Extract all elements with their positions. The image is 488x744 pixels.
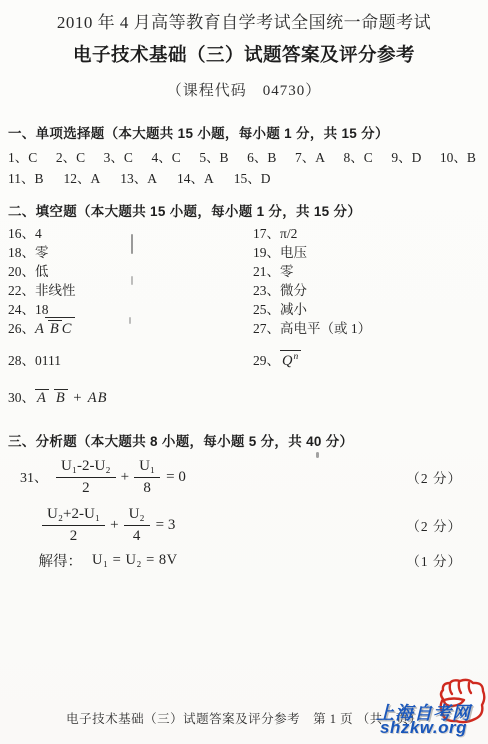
- fill-blank-answer: 23、微分: [253, 279, 307, 299]
- watermark-site-url: shzkw.org: [380, 718, 467, 738]
- fill-blank-answer: 27、高电平（或 1）: [253, 317, 371, 338]
- answer-number: 26、: [8, 321, 35, 336]
- fill-blank-answer: 19、电压: [253, 241, 307, 261]
- score-badge: （2 分）: [406, 467, 462, 487]
- fill-blank-row: 26、ABC 27、高电平（或 1）: [8, 317, 480, 338]
- numerator: U₂+2-U₁: [42, 505, 105, 526]
- fill-blank-answer: 17、π/2: [253, 222, 297, 242]
- denominator: 2: [42, 526, 105, 546]
- choice-answer: 9、D: [391, 146, 421, 166]
- choice-answer: 14、A: [177, 167, 214, 187]
- var-q: Q: [282, 353, 293, 369]
- denominator: 2: [56, 478, 116, 498]
- solve-prefix: 解得：: [39, 550, 83, 571]
- fraction: U₂+2-U₁ 2: [42, 505, 105, 546]
- choice-answer: 3、C: [104, 146, 133, 166]
- exam-title-line: 2010 年 4 月高等教育自学考试全国统一命题考试: [0, 8, 488, 33]
- section1-title: 一、单项选择题（本大题共 15 小题，每小题 1 分，共 15 分）: [8, 122, 389, 142]
- question-number-spacer: [20, 517, 34, 533]
- fraction: U₁-2-U₂ 2: [56, 457, 116, 498]
- section2-title: 二、填空题（本大题共 15 小题，每小题 1 分，共 15 分）: [8, 200, 361, 220]
- page-title: 电子技术基础（三）试题答案及评分参考: [0, 41, 488, 67]
- numerator: U₁-2-U₂: [56, 457, 116, 478]
- denominator: 4: [124, 526, 150, 546]
- fill-blank-answer: 24、18: [8, 298, 253, 318]
- numerator: U₁: [134, 457, 160, 478]
- choice-answer: 2、C: [56, 146, 85, 166]
- question-number-spacer: [20, 552, 31, 568]
- var-a: A: [35, 321, 45, 337]
- course-code: （课程代码 04730）: [0, 79, 488, 100]
- answer-number: 30、: [8, 390, 35, 405]
- fill-blank-answer: 28、0111: [8, 349, 253, 370]
- fill-blank-answer-formula-30: 30、AB + AB: [8, 386, 107, 407]
- answer-number: 29、: [253, 353, 280, 368]
- choice-answer: 15、D: [234, 167, 271, 187]
- scan-artifact: [131, 234, 133, 254]
- equation-line-1: 31、 U₁-2-U₂ 2 + U₁ 8 = 0 （2 分）: [20, 453, 462, 501]
- score-badge: （2 分）: [406, 515, 462, 535]
- choice-answers-row2: 11、B 12、A 13、A 14、A 15、D: [8, 167, 271, 187]
- plus-operator: +: [121, 469, 129, 486]
- choice-answer: 4、C: [151, 146, 180, 166]
- fill-blank-row: 30、AB + AB: [8, 386, 480, 407]
- equation-rhs: = 3: [156, 517, 176, 534]
- plus-operator: +: [110, 517, 118, 534]
- choice-answer: 12、A: [64, 167, 101, 187]
- fill-blank-answer: 21、零: [253, 260, 294, 280]
- choice-answer: 11、B: [8, 167, 44, 187]
- choice-answer: 1、C: [8, 146, 37, 166]
- choice-answer: 5、B: [199, 146, 228, 166]
- var-a-overline: A: [35, 389, 49, 407]
- denominator: 8: [134, 478, 160, 498]
- fill-blank-row: 22、非线性 23、微分: [8, 279, 480, 299]
- fill-blank-answer: 25、减小: [253, 298, 307, 318]
- choice-answers-row1: 1、C 2、C 3、C 4、C 5、B 6、B 7、A 8、C 9、D 10、B: [8, 146, 476, 166]
- fraction: U₂ 4: [124, 505, 150, 546]
- exam-answer-sheet-page: 2010 年 4 月高等教育自学考试全国统一命题考试 电子技术基础（三）试题答案…: [0, 0, 488, 744]
- choice-answer: 8、C: [344, 146, 373, 166]
- solve-result: U₁ = U₂ = 8V: [92, 552, 178, 569]
- choice-answer: 10、B: [440, 146, 476, 166]
- scan-artifact: [129, 317, 131, 324]
- var-b-overline: B: [54, 389, 68, 407]
- superscript-n: n: [293, 352, 299, 362]
- var-c: C: [62, 321, 73, 337]
- numerator: U₂: [124, 505, 150, 526]
- choice-answer: 6、B: [247, 146, 276, 166]
- fill-blank-row: 16、4 17、π/2: [8, 222, 480, 242]
- score-badge: （1 分）: [406, 550, 462, 570]
- scan-artifact: [131, 276, 133, 285]
- fill-blank-answer-formula-29: 29、Qn: [253, 349, 301, 370]
- fill-blank-row: 24、18 25、减小: [8, 298, 480, 318]
- equation-line-2: U₂+2-U₁ 2 + U₂ 4 = 3 （2 分）: [20, 501, 462, 549]
- question-number: 31、: [20, 467, 48, 487]
- solution-line: 解得： U₁ = U₂ = 8V （1 分）: [20, 549, 462, 571]
- var-b-overline: B: [48, 320, 62, 338]
- fill-blank-row: 18、零 19、电压: [8, 241, 480, 261]
- fill-blank-answer-formula-26: 26、ABC: [8, 317, 253, 338]
- fill-blank-row: 20、低 21、零: [8, 260, 480, 280]
- fraction: U₁ 8: [134, 457, 160, 498]
- choice-answer: 7、A: [295, 146, 325, 166]
- section3-title: 三、分析题（本大题共 8 小题，每小题 5 分，共 40 分）: [8, 430, 353, 450]
- equation-rhs: = 0: [166, 469, 186, 486]
- expression-rest: + AB: [72, 390, 107, 406]
- fill-blank-row: 28、0111 29、Qn: [8, 349, 480, 370]
- scan-artifact: [316, 452, 319, 458]
- choice-answer: 13、A: [120, 167, 157, 187]
